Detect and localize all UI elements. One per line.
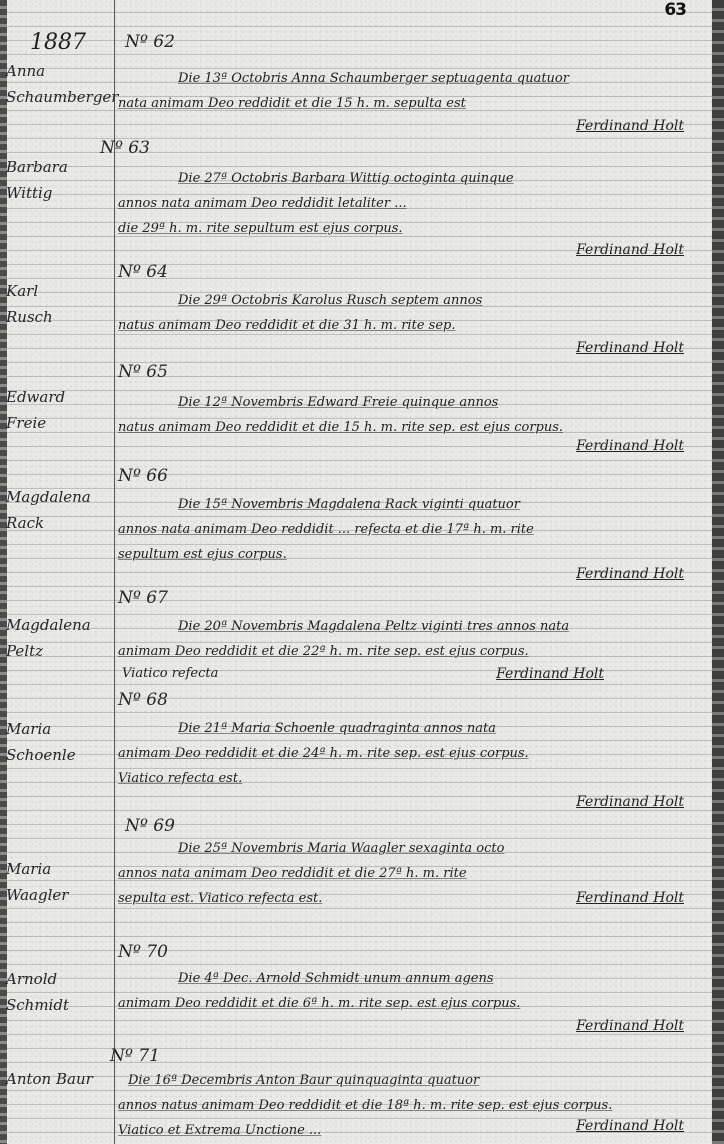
entry-text-line: Die 4ª Dec. Arnold Schmidt unum annum ag… xyxy=(118,966,704,991)
entry-text-line: annos nata animam Deo reddidit et die 27… xyxy=(118,861,704,886)
entry-name-line2: Freie xyxy=(6,410,112,436)
entry-name: Barbara Wittig xyxy=(6,154,112,206)
entry-number: Nº 67 xyxy=(118,588,168,608)
entry-text: Die 13ª Octobris Anna Schaumberger septu… xyxy=(118,66,704,116)
entry-name-line2: Wittig xyxy=(6,180,112,206)
page-right-edge xyxy=(712,0,724,1144)
entry-signature: Ferdinand Holt xyxy=(576,1018,684,1034)
entry-number: Nº 64 xyxy=(118,262,168,282)
entry-name-line1: Arnold xyxy=(6,966,112,992)
entry-text-line: Die 27ª Octobris Barbara Wittig octogint… xyxy=(118,166,704,191)
register-page: 63 1887 Nº 62 Anna Schaumberger Die 13ª … xyxy=(0,0,724,1144)
entry-name: Arnold Schmidt xyxy=(6,966,112,1018)
entry-number: Nº 66 xyxy=(118,466,168,486)
entry-text-line: Die 13ª Octobris Anna Schaumberger septu… xyxy=(118,66,704,91)
entry-signature: Ferdinand Holt xyxy=(576,566,684,582)
entry-text-line: annos nata animam Deo reddidit ... refec… xyxy=(118,517,704,542)
entry-signature: Ferdinand Holt xyxy=(496,666,604,682)
entry-name-line1: Magdalena xyxy=(6,484,112,510)
entry-name-line1: Maria xyxy=(6,716,112,742)
entry-text-line: Viatico refecta est. xyxy=(118,766,704,791)
entry-signature: Ferdinand Holt xyxy=(576,794,684,810)
entry-number: Nº 70 xyxy=(118,942,168,962)
entry-name-line2: Waagler xyxy=(6,882,112,908)
entry-name-line1: Karl xyxy=(6,278,112,304)
entry-text-line: sepultum est ejus corpus. xyxy=(118,542,704,567)
entry-name-line2: Peltz xyxy=(6,638,112,664)
entry-number: Nº 65 xyxy=(118,362,168,382)
entry-text: Die 27ª Octobris Barbara Wittig octogint… xyxy=(118,166,704,241)
entry-name-line2: Rusch xyxy=(6,304,112,330)
entry-text: Die 15ª Novembris Magdalena Rack viginti… xyxy=(118,492,704,567)
entry-name-line2: Schaumberger xyxy=(6,84,112,110)
entry-text-line: natus animam Deo reddidit et die 31 h. m… xyxy=(118,313,704,338)
entry-name-line1: Edward xyxy=(6,384,112,410)
entry-name: Anton Baur xyxy=(6,1066,112,1092)
entry-name: Edward Freie xyxy=(6,384,112,436)
entry-signature: Ferdinand Holt xyxy=(576,1118,684,1134)
entry-name-line1: Anton Baur xyxy=(6,1066,112,1092)
entry-number: Nº 71 xyxy=(110,1046,160,1066)
entry-signature: Ferdinand Holt xyxy=(576,438,684,454)
entry-text-line: Die 21ª Maria Schoenle quadraginta annos… xyxy=(118,716,704,741)
entry-name-line2: Rack xyxy=(6,510,112,536)
entry-name-line1: Maria xyxy=(6,856,112,882)
entry-text-line: nata animam Deo reddidit et die 15 h. m.… xyxy=(118,91,704,116)
entry-name: Karl Rusch xyxy=(6,278,112,330)
entry-text: Die 20ª Novembris Magdalena Peltz vigint… xyxy=(118,614,704,664)
entry-name: Magdalena Rack xyxy=(6,484,112,536)
entry-text-line: Die 29ª Octobris Karolus Rusch septem an… xyxy=(118,288,704,313)
entry-text-line: annos nata animam Deo reddidit letaliter… xyxy=(118,191,704,216)
entry-name-line1: Magdalena xyxy=(6,612,112,638)
entry-text: Die 4ª Dec. Arnold Schmidt unum annum ag… xyxy=(118,966,704,1016)
entry-note: Viatico refecta xyxy=(122,666,218,681)
entry-number: Nº 68 xyxy=(118,690,168,710)
entry-text-line: animam Deo reddidit et die 6ª h. m. rite… xyxy=(118,991,704,1016)
entry-signature: Ferdinand Holt xyxy=(576,242,684,258)
entry-text-line: annos natus animam Deo reddidit et die 1… xyxy=(118,1093,704,1118)
entry-signature: Ferdinand Holt xyxy=(576,890,684,906)
entry-text: Die 21ª Maria Schoenle quadraginta annos… xyxy=(118,716,704,791)
entry-name: Magdalena Peltz xyxy=(6,612,112,664)
entry-text-line: natus animam Deo reddidit et die 15 h. m… xyxy=(118,415,704,440)
entry-text-line: Die 25ª Novembris Maria Waagler sexagint… xyxy=(118,836,704,861)
entry-text: Die 12ª Novembris Edward Freie quinque a… xyxy=(118,390,704,440)
entry-name-line2: Schmidt xyxy=(6,992,112,1018)
entry-text-line: animam Deo reddidit et die 22ª h. m. rit… xyxy=(118,639,704,664)
entry-text-line: Die 15ª Novembris Magdalena Rack viginti… xyxy=(118,492,704,517)
entry-signature: Ferdinand Holt xyxy=(576,118,684,134)
entry-signature: Ferdinand Holt xyxy=(576,340,684,356)
entry-name-line2: Schoenle xyxy=(6,742,112,768)
register-year: 1887 xyxy=(30,30,86,55)
entry-name-line1: Anna xyxy=(6,58,112,84)
entry-name: Maria Waagler xyxy=(6,856,112,908)
entry-name-line1: Barbara xyxy=(6,154,112,180)
entry-number: Nº 69 xyxy=(125,816,175,836)
entry-text: Die 29ª Octobris Karolus Rusch septem an… xyxy=(118,288,704,338)
entry-number: Nº 62 xyxy=(125,32,175,52)
entry-text-line: animam Deo reddidit et die 24ª h. m. rit… xyxy=(118,741,704,766)
entry-text-line: die 29ª h. m. rite sepultum est ejus cor… xyxy=(118,216,704,241)
entry-name: Maria Schoenle xyxy=(6,716,112,768)
page-number: 63 xyxy=(664,0,686,20)
entry-text-line: Die 16ª Decembris Anton Baur quinquagint… xyxy=(118,1068,704,1093)
name-column-rule xyxy=(114,0,115,1144)
entry-name: Anna Schaumberger xyxy=(6,58,112,110)
entry-text-line: Die 12ª Novembris Edward Freie quinque a… xyxy=(118,390,704,415)
entry-text-line: Die 20ª Novembris Magdalena Peltz vigint… xyxy=(118,614,704,639)
